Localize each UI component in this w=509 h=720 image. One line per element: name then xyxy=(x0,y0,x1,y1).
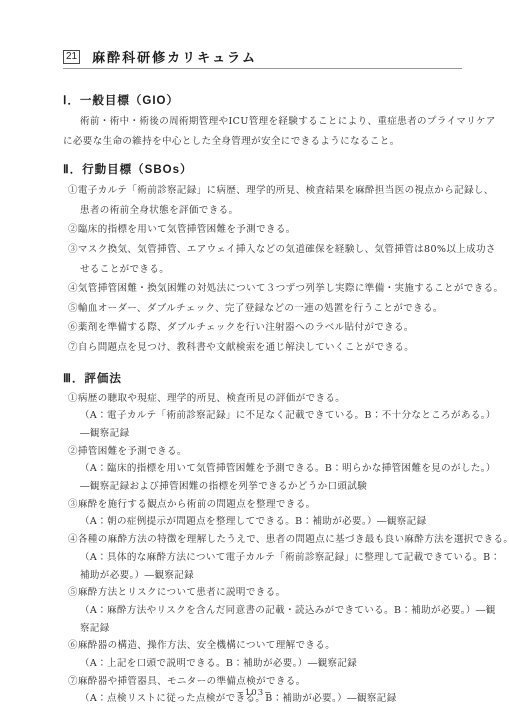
section-eval-body: ①病歴の聴取や現症、理学的所見、検査所見の評価ができる。 （A：電子カルテ「術前… xyxy=(63,390,463,709)
section-gio-body: 術前・術中・術後の周術期管理やICU管理を経験することにより、重症患者のプライマ… xyxy=(63,112,463,151)
eval-criteria-line: （A：臨床的指標を用いて気管挿管困難を予測できる。B：明らかな挿管困難を見のがし… xyxy=(63,460,463,478)
chapter-number-badge: 21 xyxy=(63,50,80,64)
eval-item-line: ①病歴の聴取や現症、理学的所見、検査所見の評価ができる。 xyxy=(63,390,463,408)
eval-item-line: ③麻酔を施行する観点から術前の問題点を整理できる。 xyxy=(63,496,463,514)
page-number: −103− xyxy=(0,688,509,698)
sbo-item-line: ③マスク換気、気管挿管、エアウェイ挿入などの気道確保を経験し、気管挿管は80%以… xyxy=(63,240,463,260)
eval-item-line: ②挿管困難を予測できる。 xyxy=(63,443,463,461)
title-underline-rule xyxy=(63,68,462,69)
eval-criteria-line: （A：上記を口頭で説明できる。B：補助が必要。）―観察記録 xyxy=(63,655,463,673)
section-behavioral-objectives: Ⅱ．行動目標（SBOs） ①電子カルテ「術前診察記録」に病歴、理学的所見、検査結… xyxy=(63,163,463,357)
sbo-item-continuation-line: せることができる。 xyxy=(63,260,463,280)
eval-criteria-line: （A：麻酔方法やリスクを含んだ同意書の記載・読込みができている。B：補助が必要。… xyxy=(63,602,463,620)
gio-body-line: に必要な生命の維持を中心とした全身管理が安全にできるようになること。 xyxy=(63,132,463,152)
section-eval-heading: Ⅲ．評価法 xyxy=(63,372,463,387)
sbo-item-line: ⑦自ら問題点を見つけ、教科書や文献検索を通じ解決していくことができる。 xyxy=(63,338,463,358)
eval-item-line: ④各種の麻酔方法の特徴を理解したうえで、患者の問題点に基づき最も良い麻酔方法を選… xyxy=(63,531,463,549)
eval-item-line: ⑤麻酔方法とリスクについて患者に説明できる。 xyxy=(63,584,463,602)
eval-criteria-line: （A：朝の症例提示が問題点を整理してできる。B：補助が必要。）―観察記録 xyxy=(63,513,463,531)
eval-item-line: ⑥麻酔器の構造、操作方法、安全機構について理解できる。 xyxy=(63,637,463,655)
eval-criteria-line: （A：具体的な麻酔方法について電子カルテ「術前診察記録」に整理して記載できている… xyxy=(63,549,463,567)
document-page: 21 麻酔科研修カリキュラム Ⅰ．一般目標（GIO） 術前・術中・術後の周術期管… xyxy=(0,0,509,720)
chapter-title-row: 21 麻酔科研修カリキュラム xyxy=(63,48,463,65)
sbo-item-line: ⑥薬剤を準備する際、ダブルチェックを行い注射器へのラベル貼付ができる。 xyxy=(63,318,463,338)
sbo-item-line: ④気管挿管困難・換気困難の対処法について３つずつ列挙し実際に準備・実施することが… xyxy=(63,279,463,299)
sbo-item-line: ②臨床的指標を用いて気管挿管困難を予測できる。 xyxy=(63,220,463,240)
section-sbo-heading: Ⅱ．行動目標（SBOs） xyxy=(63,163,463,178)
sbo-item-continuation-line: 患者の術前全身状態を評価できる。 xyxy=(63,201,463,221)
section-gio-heading: Ⅰ．一般目標（GIO） xyxy=(63,94,463,109)
gio-body-line: 術前・術中・術後の周術期管理やICU管理を経験することにより、重症患者のプライマ… xyxy=(63,112,463,132)
page-content: 21 麻酔科研修カリキュラム Ⅰ．一般目標（GIO） 術前・術中・術後の周術期管… xyxy=(63,48,463,708)
eval-record-line: ―観察記録および挿管困難の指標を列挙できるかどうか口頭試験 xyxy=(63,478,463,496)
section-evaluation-method: Ⅲ．評価法 ①病歴の聴取や現症、理学的所見、検査所見の評価ができる。 （A：電子… xyxy=(63,372,463,709)
eval-criteria-continuation-line: 察記録 xyxy=(63,620,463,638)
eval-criteria-continuation-line: 補助が必要。）―観察記録 xyxy=(63,567,463,585)
sbo-item-line: ⑤輸血オーダー、ダブルチェック、完了登録などの一連の処置を行うことができる。 xyxy=(63,299,463,319)
eval-record-line: ―観察記録 xyxy=(63,425,463,443)
document-title: 麻酔科研修カリキュラム xyxy=(92,47,257,66)
section-general-objective: Ⅰ．一般目標（GIO） 術前・術中・術後の周術期管理やICU管理を経験することに… xyxy=(63,94,463,151)
section-sbo-body: ①電子カルテ「術前診察記録」に病歴、理学的所見、検査結果を麻酔担当医の視点から記… xyxy=(63,181,463,357)
eval-criteria-line: （A：電子カルテ「術前診察記録」に不足なく記載できている。B：不十分なところがあ… xyxy=(63,407,463,425)
sbo-item-line: ①電子カルテ「術前診察記録」に病歴、理学的所見、検査結果を麻酔担当医の視点から記… xyxy=(63,181,463,201)
